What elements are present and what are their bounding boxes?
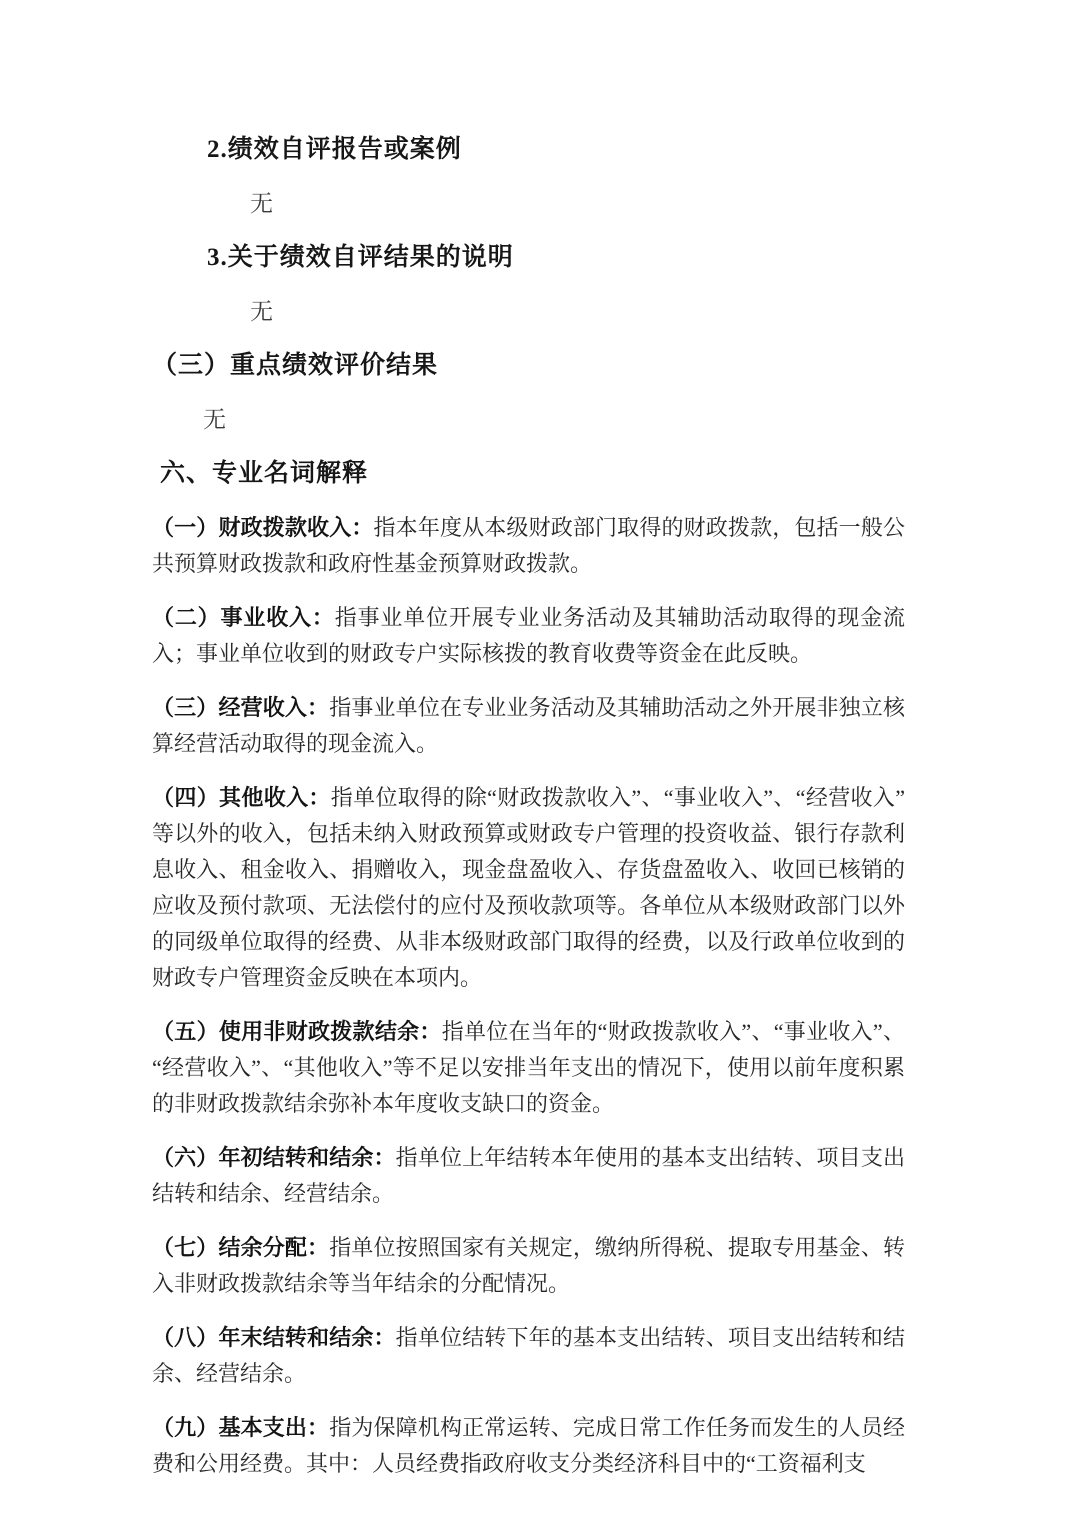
definition-term: （六）年初结转和结余：	[152, 1145, 396, 1170]
definition-term: （三）经营收入：	[152, 695, 329, 720]
definition-fiscal-appropriation-income: （一）财政拨款收入：指本年度从本级财政部门取得的财政拨款，包括一般公共预算财政拨…	[152, 510, 905, 582]
heading-key-performance-eval-result: （三）重点绩效评价结果	[152, 348, 905, 384]
definition-business-income: （三）经营收入：指事业单位在专业业务活动及其辅助活动之外开展非独立核算经营活动取…	[152, 690, 905, 762]
answer-none-2: 无	[152, 294, 905, 330]
answer-none-3: 无	[152, 402, 905, 438]
document-page: 2.绩效自评报告或案例 无 3.关于绩效自评结果的说明 无 （三）重点绩效评价结…	[0, 0, 1075, 1521]
definition-basic-expenditure: （九）基本支出：指为保障机构正常运转、完成日常工作任务而发生的人员经费和公用经费…	[152, 1410, 905, 1482]
definition-operational-income: （二）事业收入：指事业单位开展专业业务活动及其辅助活动取得的现金流入；事业单位收…	[152, 600, 905, 672]
definition-term: （八）年末结转和结余：	[152, 1325, 396, 1350]
definition-term: （七）结余分配：	[152, 1235, 329, 1260]
definition-term: （五）使用非财政拨款结余：	[152, 1019, 442, 1044]
heading-self-eval-result-note: 3.关于绩效自评结果的说明	[152, 240, 905, 276]
answer-none-1: 无	[152, 186, 905, 222]
definition-body: 指单位取得的除“财政拨款收入”、“事业收入”、“经营收入”等以外的收入，包括未纳…	[152, 785, 905, 990]
definition-surplus-distribution: （七）结余分配：指单位按照国家有关规定，缴纳所得税、提取专用基金、转入非财政拨款…	[152, 1230, 905, 1302]
definition-term: （四）其他收入：	[152, 785, 331, 810]
definition-use-of-non-fiscal-surplus: （五）使用非财政拨款结余：指单位在当年的“财政拨款收入”、“事业收入”、“经营收…	[152, 1014, 905, 1122]
definition-term: （一）财政拨款收入：	[152, 515, 374, 540]
definition-term: （九）基本支出：	[152, 1415, 329, 1440]
heading-terminology-section: 六、专业名词解释	[152, 456, 905, 492]
definition-beginning-year-carryover: （六）年初结转和结余：指单位上年结转本年使用的基本支出结转、项目支出结转和结余、…	[152, 1140, 905, 1212]
definition-other-income: （四）其他收入：指单位取得的除“财政拨款收入”、“事业收入”、“经营收入”等以外…	[152, 780, 905, 996]
heading-self-eval-report: 2.绩效自评报告或案例	[152, 132, 905, 168]
definition-term: （二）事业收入：	[152, 605, 335, 630]
definition-year-end-carryover: （八）年末结转和结余：指单位结转下年的基本支出结转、项目支出结转和结余、经营结余…	[152, 1320, 905, 1392]
